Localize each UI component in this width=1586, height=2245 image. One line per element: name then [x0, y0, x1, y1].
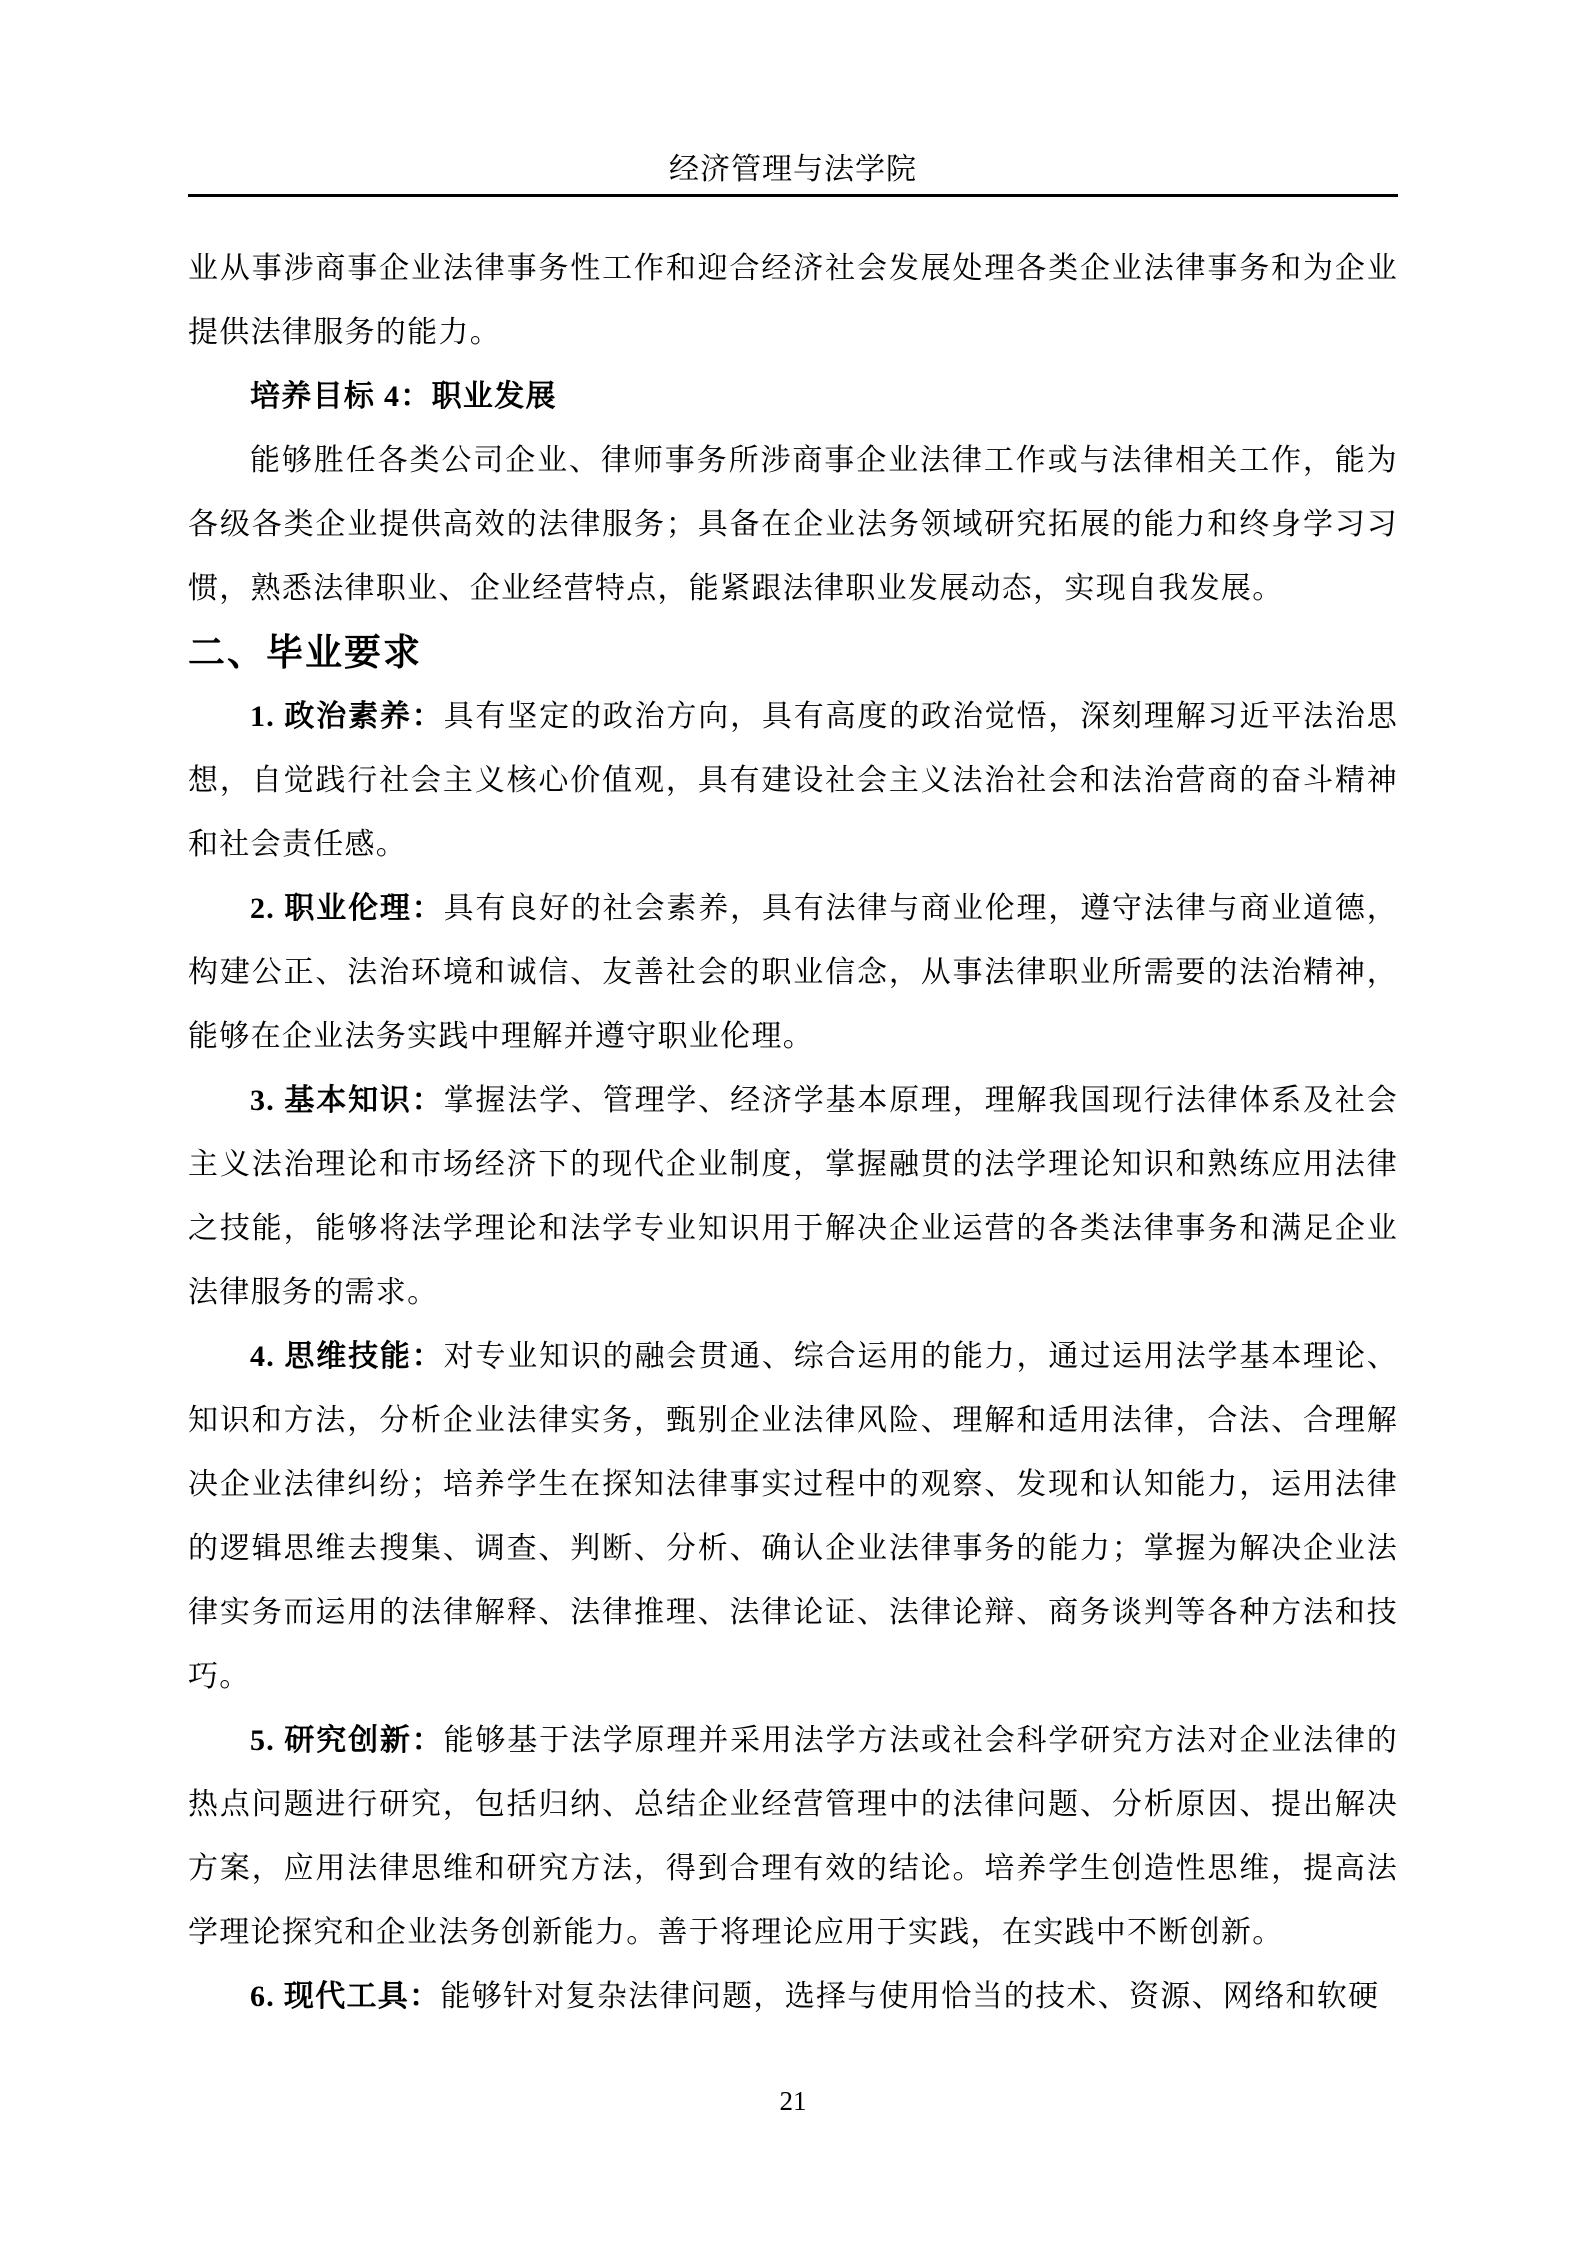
objective-paragraph: 能够胜任各类公司企业、律师事务所涉商事企业法律工作或与法律相关工作，能为各级各类… — [188, 429, 1398, 621]
requirement-item-5: 5. 研究创新：能够基于法学原理并采用法学方法或社会科学研究方法对企业法律的热点… — [188, 1709, 1398, 1965]
page-number: 21 — [0, 2084, 1586, 2118]
requirement-item-4: 4. 思维技能：对专业知识的融会贯通、综合运用的能力，通过运用法学基本理论、知识… — [188, 1325, 1398, 1709]
requirement-6-text: 能够针对复杂法律问题，选择与使用恰当的技术、资源、网络和软硬 — [440, 1980, 1379, 2013]
requirement-item-1: 1. 政治素养：具有坚定的政治方向，具有高度的政治觉悟，深刻理解习近平法治思想，… — [188, 685, 1398, 877]
page-body: 业从事涉商事企业法律事务性工作和迎合经济社会发展处理各类企业法律事务和为企业提供… — [188, 197, 1398, 2029]
requirement-3-text: 掌握法学、管理学、经济学基本原理，理解我国现行法律体系及社会主义法治理论和市场经… — [188, 1084, 1398, 1309]
requirement-item-2: 2. 职业伦理：具有良好的社会素养，具有法律与商业伦理，遵守法律与商业道德，构建… — [188, 877, 1398, 1069]
requirement-1-label: 1. 政治素养： — [250, 700, 444, 733]
header-title: 经济管理与法学院 — [188, 152, 1398, 194]
requirement-item-3: 3. 基本知识：掌握法学、管理学、经济学基本原理，理解我国现行法律体系及社会主义… — [188, 1069, 1398, 1325]
document-page: 经济管理与法学院 业从事涉商事企业法律事务性工作和迎合经济社会发展处理各类企业法… — [0, 0, 1586, 2245]
section-heading-graduation-requirements: 二、毕业要求 — [188, 621, 1398, 685]
requirement-2-label: 2. 职业伦理： — [250, 892, 444, 925]
requirement-5-text: 能够基于法学原理并采用法学方法或社会科学研究方法对企业法律的热点问题进行研究，包… — [188, 1724, 1398, 1949]
requirement-3-label: 3. 基本知识： — [250, 1084, 444, 1117]
requirement-5-label: 5. 研究创新： — [250, 1724, 444, 1757]
objective-heading: 培养目标 4：职业发展 — [188, 365, 1398, 429]
requirement-6-label: 6. 现代工具： — [250, 1980, 440, 2013]
requirement-4-text: 对专业知识的融会贯通、综合运用的能力，通过运用法学基本理论、知识和方法，分析企业… — [188, 1340, 1398, 1693]
intro-continuation-paragraph: 业从事涉商事企业法律事务性工作和迎合经济社会发展处理各类企业法律事务和为企业提供… — [188, 237, 1398, 365]
requirement-4-label: 4. 思维技能： — [250, 1340, 444, 1373]
page-header: 经济管理与法学院 — [188, 0, 1398, 197]
requirement-item-6: 6. 现代工具：能够针对复杂法律问题，选择与使用恰当的技术、资源、网络和软硬 — [188, 1965, 1398, 2029]
